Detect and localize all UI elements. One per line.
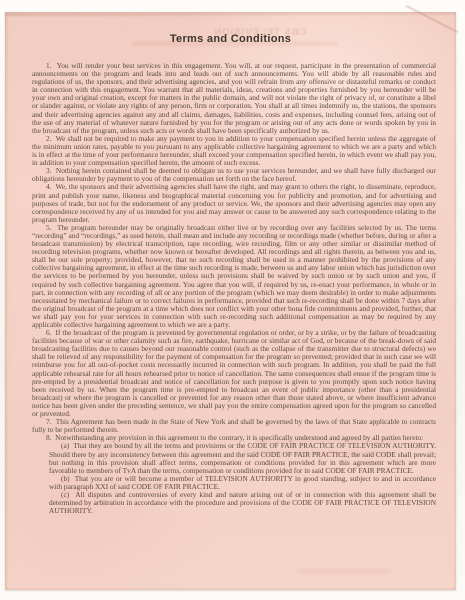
page-title: Terms and Conditions (5, 12, 456, 45)
terms-paragraph-1: 1. You will render your best services in… (32, 62, 436, 135)
terms-paragraph-3: 3. Nothing herein contained shall be dee… (32, 167, 436, 183)
paper-crease-top (5, 14, 285, 16)
terms-paragraph-5: 5. The program hereunder may be original… (32, 224, 436, 329)
scanned-page: CBS TELEVISION Terms and Conditions 1. Y… (0, 0, 465, 600)
terms-body: 1. You will render your best services in… (32, 62, 436, 515)
terms-paragraph-4: 4. We, the sponsors and their advertisin… (32, 183, 436, 223)
terms-subparagraph-b: (b) That you are or will become a member… (49, 475, 436, 491)
terms-paragraph-6: 6. If the broadcast of the program is pr… (32, 329, 436, 418)
terms-paragraph-7: 7. This Agreement has been made in the S… (32, 418, 436, 434)
bleedthrough-smudge (297, 569, 389, 573)
paper-sheet: CBS TELEVISION Terms and Conditions 1. Y… (5, 12, 456, 590)
terms-subparagraph-c: (c) All disputes and controversies of ev… (49, 491, 436, 515)
terms-paragraph-2: 2. We shall not be required to make any … (32, 135, 436, 167)
terms-subparagraph-a: (a) That they are bound by all the terms… (49, 442, 436, 474)
